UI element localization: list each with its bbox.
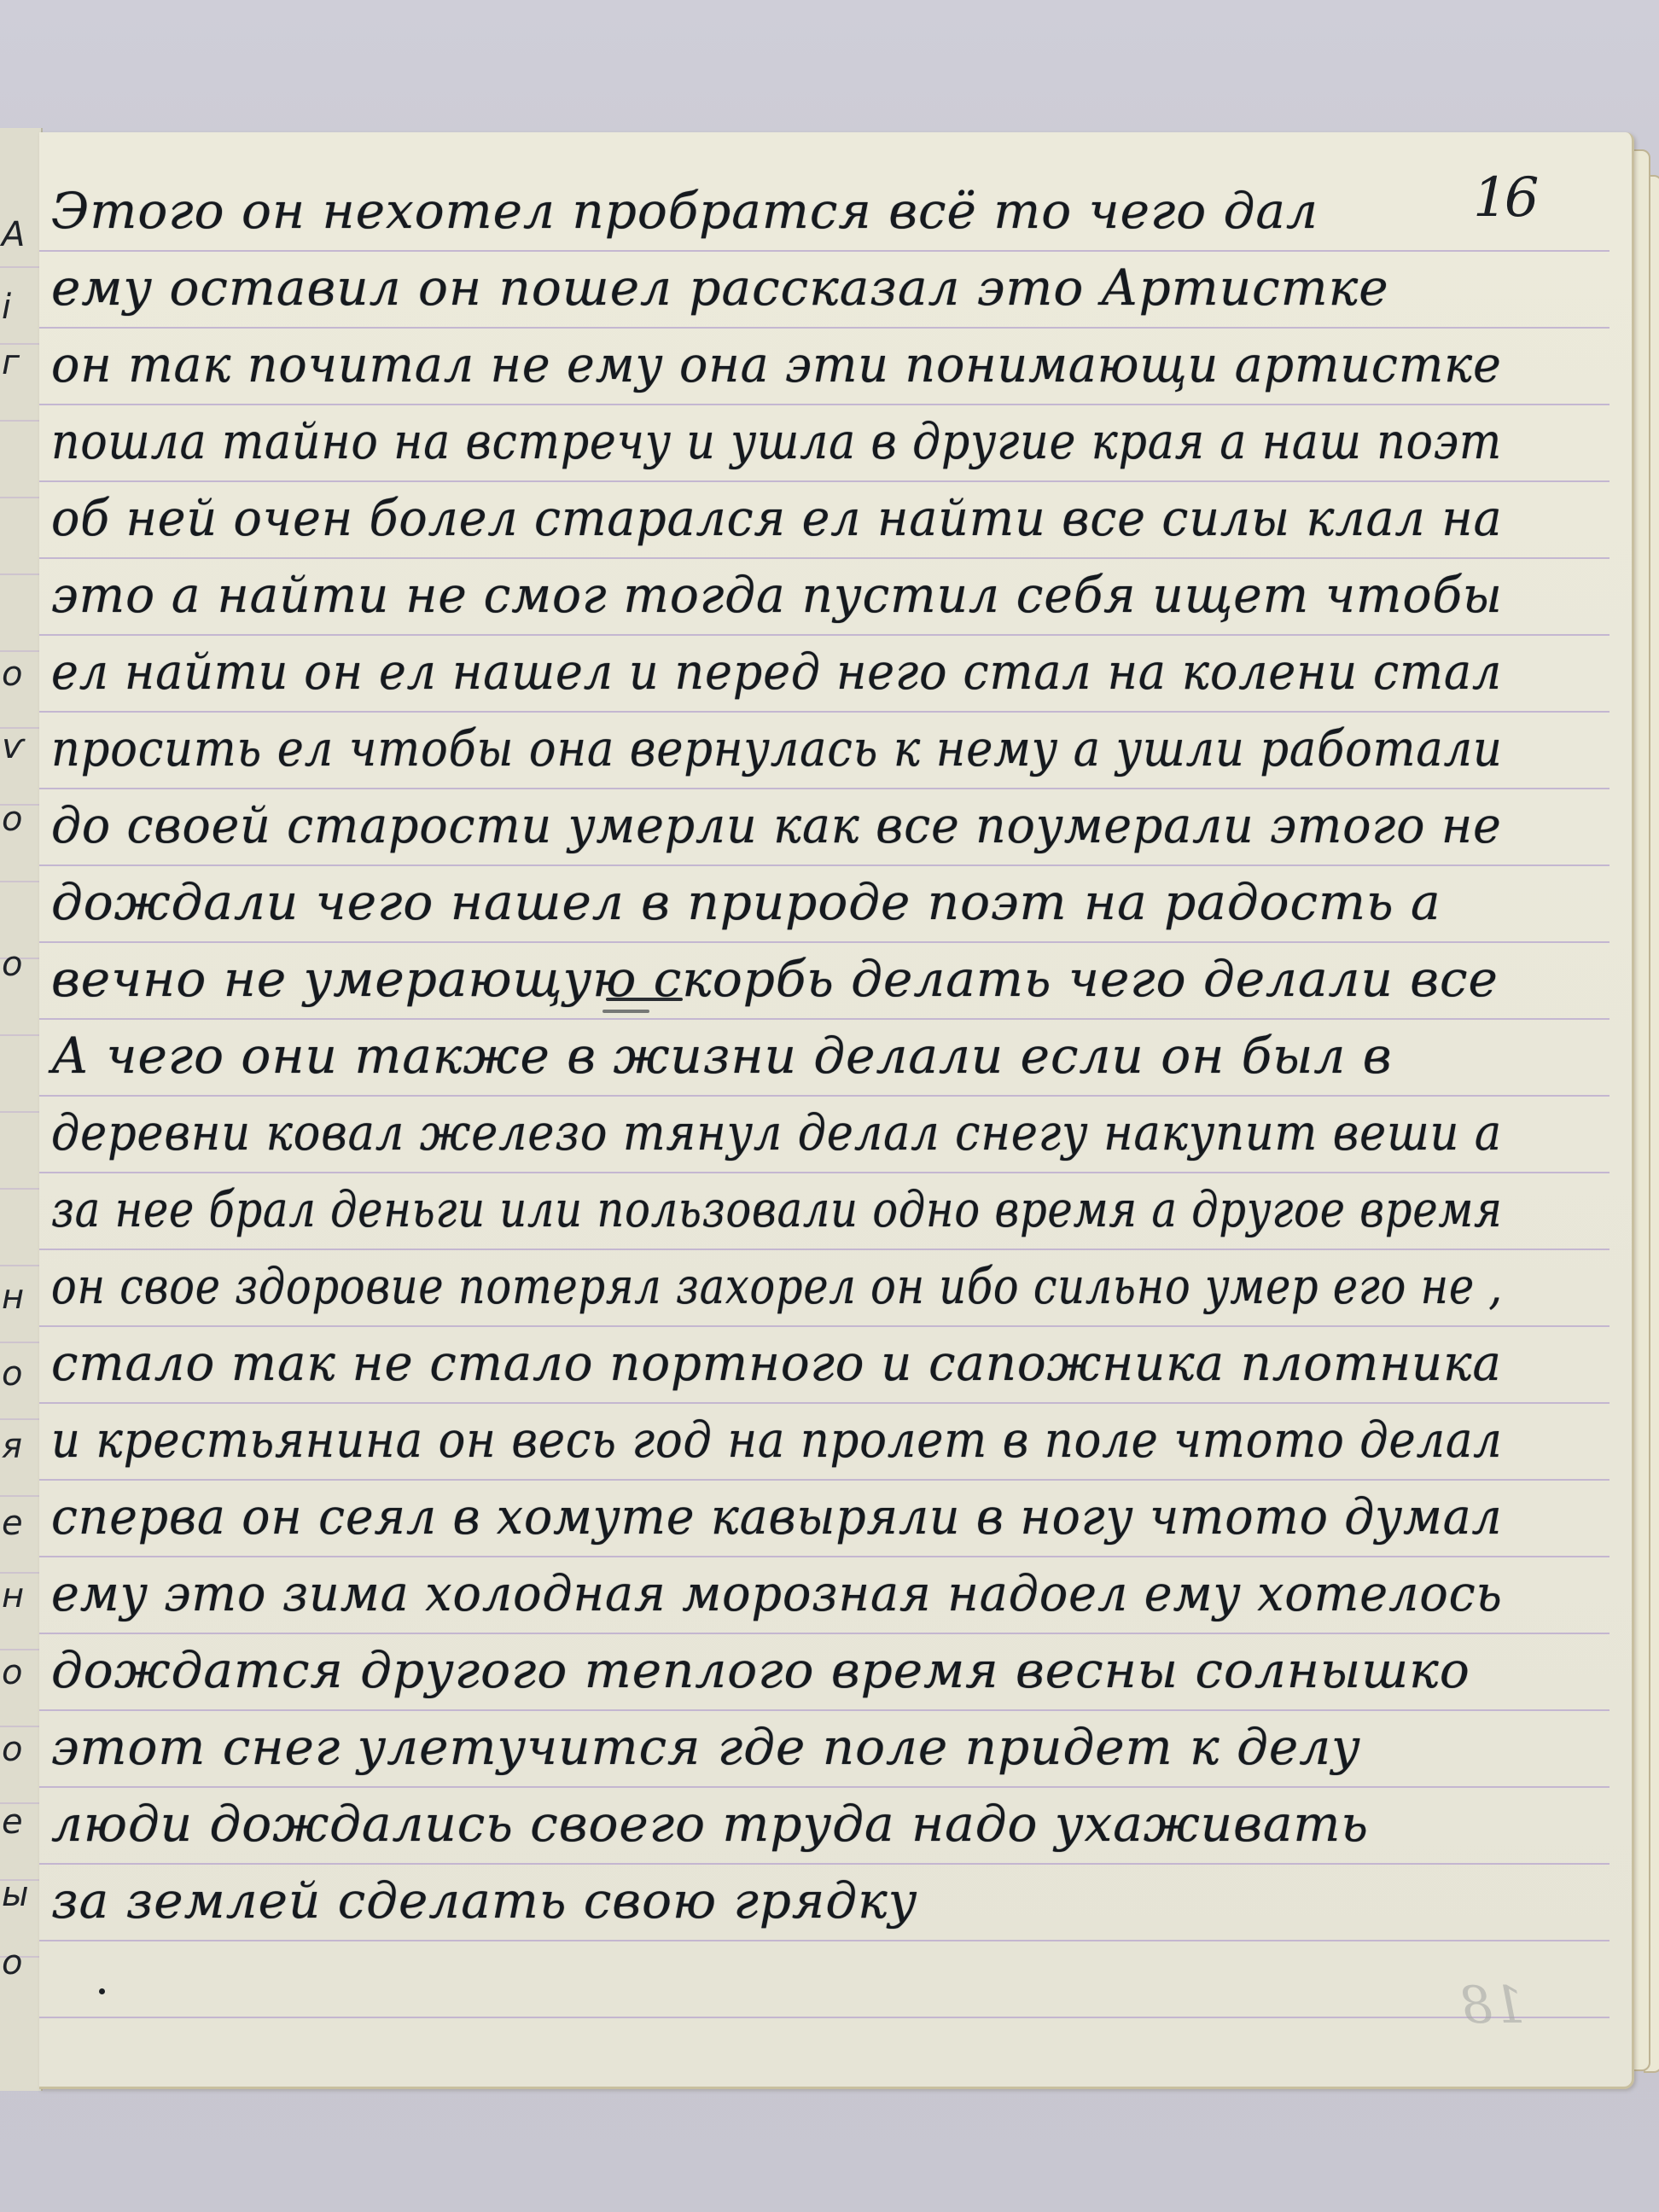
margin-glyph: о [2, 1732, 22, 1767]
margin-glyph: і [2, 290, 11, 324]
ruled-line [39, 480, 1610, 482]
margin-glyph: о [2, 1357, 22, 1391]
margin-glyph: о [2, 1656, 22, 1690]
ruled-line [39, 1786, 1610, 1788]
ruled-line [0, 1265, 41, 1266]
ruled-line [0, 266, 41, 268]
ruled-line [0, 1726, 41, 1727]
margin-glyph: о [2, 657, 22, 691]
text-line: просить ел чтобы она вернулась к нему а … [51, 719, 1503, 777]
text-line: дождатся другого теплого время весны сол… [51, 1641, 1470, 1699]
margin-glyph: е [2, 1805, 23, 1839]
notebook-page: 16 Этого он нехотел пробратся всё то чег… [39, 132, 1634, 2089]
ruled-line [39, 404, 1610, 405]
ruled-line [39, 1402, 1610, 1404]
text-line: люди дождались своего труда надо ухажива… [51, 1795, 1369, 1853]
ruled-line [39, 1709, 1610, 1711]
ruled-line [0, 1111, 41, 1113]
ruled-line [0, 1649, 41, 1650]
text-line: этот снег улетучится где поле придет к д… [51, 1718, 1361, 1776]
ruled-line [39, 2017, 1610, 2018]
ruled-line [0, 497, 41, 498]
text-line: дождали чего нашел в природе поэт на рад… [51, 873, 1441, 931]
margin-glyph: г [2, 346, 20, 380]
text-line: и крестьянина он весь год на пролет в по… [51, 1411, 1503, 1469]
ruled-line [0, 881, 41, 882]
ruled-line [0, 650, 41, 652]
ruled-line [39, 788, 1610, 789]
text-line: за землей сделать свою грядку [51, 1871, 917, 1930]
ruled-line [39, 864, 1610, 866]
text-line: сперва он сеял в хомуте кавыряли в ногу … [51, 1487, 1503, 1545]
previous-page-strip: А і г о ѵ о о н о я е н о о е ы о [0, 128, 43, 2091]
margin-glyph: н [2, 1280, 24, 1314]
ruled-line [39, 1479, 1610, 1481]
text-line: он так почитал не ему она эти понимающи … [51, 335, 1502, 393]
underline-mark [606, 998, 683, 1001]
text-line: вечно не умерающую скорбь делать чего де… [51, 950, 1499, 1008]
ruled-line [39, 941, 1610, 943]
ruled-line [39, 1095, 1610, 1097]
ruled-line [0, 1342, 41, 1343]
ruled-line [39, 1633, 1610, 1634]
ruled-line [0, 1034, 41, 1036]
text-line: ел найти он ел нашел и перед него стал н… [51, 643, 1502, 701]
text-line: об ней очен болел старался ел найти все … [51, 489, 1502, 547]
ruled-line [39, 1018, 1610, 1020]
ruled-line [39, 711, 1610, 713]
margin-glyph: ѵ [2, 730, 25, 764]
ruled-line [0, 573, 41, 575]
text-line: деревни ковал железо тянул делал снегу н… [51, 1103, 1502, 1161]
margin-glyph: н [2, 1579, 24, 1613]
ruled-line [0, 420, 41, 422]
ruled-line [39, 634, 1610, 636]
ruled-line [0, 1188, 41, 1190]
text-line: ему это зима холодная морозная надоел ем… [51, 1564, 1503, 1622]
text-line: за нее брал деньги или пользовали одно в… [51, 1180, 1503, 1238]
ruled-line [0, 1418, 41, 1420]
ruled-line [0, 1572, 41, 1574]
margin-glyph: о [2, 947, 22, 981]
ink-dot [99, 1988, 105, 1994]
text-line: до своей старости умерли как все поумера… [51, 796, 1502, 854]
margin-glyph: я [2, 1429, 22, 1464]
margin-glyph: о [2, 802, 22, 836]
text-line: это а найти не смог тогда пустил себя ищ… [51, 566, 1503, 624]
text-line: пошла тайно на встречу и ушла в другие к… [51, 412, 1502, 470]
ruled-line [0, 1495, 41, 1497]
margin-glyph: е [2, 1506, 23, 1540]
underline-mark [602, 1010, 649, 1013]
ruled-line [39, 250, 1610, 252]
page-stack-edge [1632, 149, 1650, 2071]
ruled-line [39, 1556, 1610, 1557]
text-line: стало так не стало портного и сапожника … [51, 1334, 1502, 1392]
ruled-line [39, 557, 1610, 559]
ruled-line [39, 1940, 1610, 1941]
ruled-line [39, 1172, 1610, 1173]
text-line: он свое здоровие потерял захорел он ибо … [51, 1257, 1503, 1315]
ruled-line [39, 1249, 1610, 1250]
text-line: Этого он нехотел пробратся всё то чего д… [51, 182, 1318, 240]
ruled-line [39, 1325, 1610, 1327]
text-line: А чего они также в жизни делали если он … [51, 1027, 1393, 1085]
margin-glyph: А [2, 218, 25, 252]
page-number: 16 [1473, 166, 1535, 230]
ruled-line [39, 327, 1610, 329]
margin-glyph: о [2, 1946, 22, 1980]
bleed-through-page-number: 18 [1460, 1976, 1525, 2035]
text-line: ему оставил он пошел рассказал это Артис… [51, 259, 1389, 317]
margin-glyph: ы [2, 1877, 29, 1912]
ruled-line [39, 1863, 1610, 1865]
